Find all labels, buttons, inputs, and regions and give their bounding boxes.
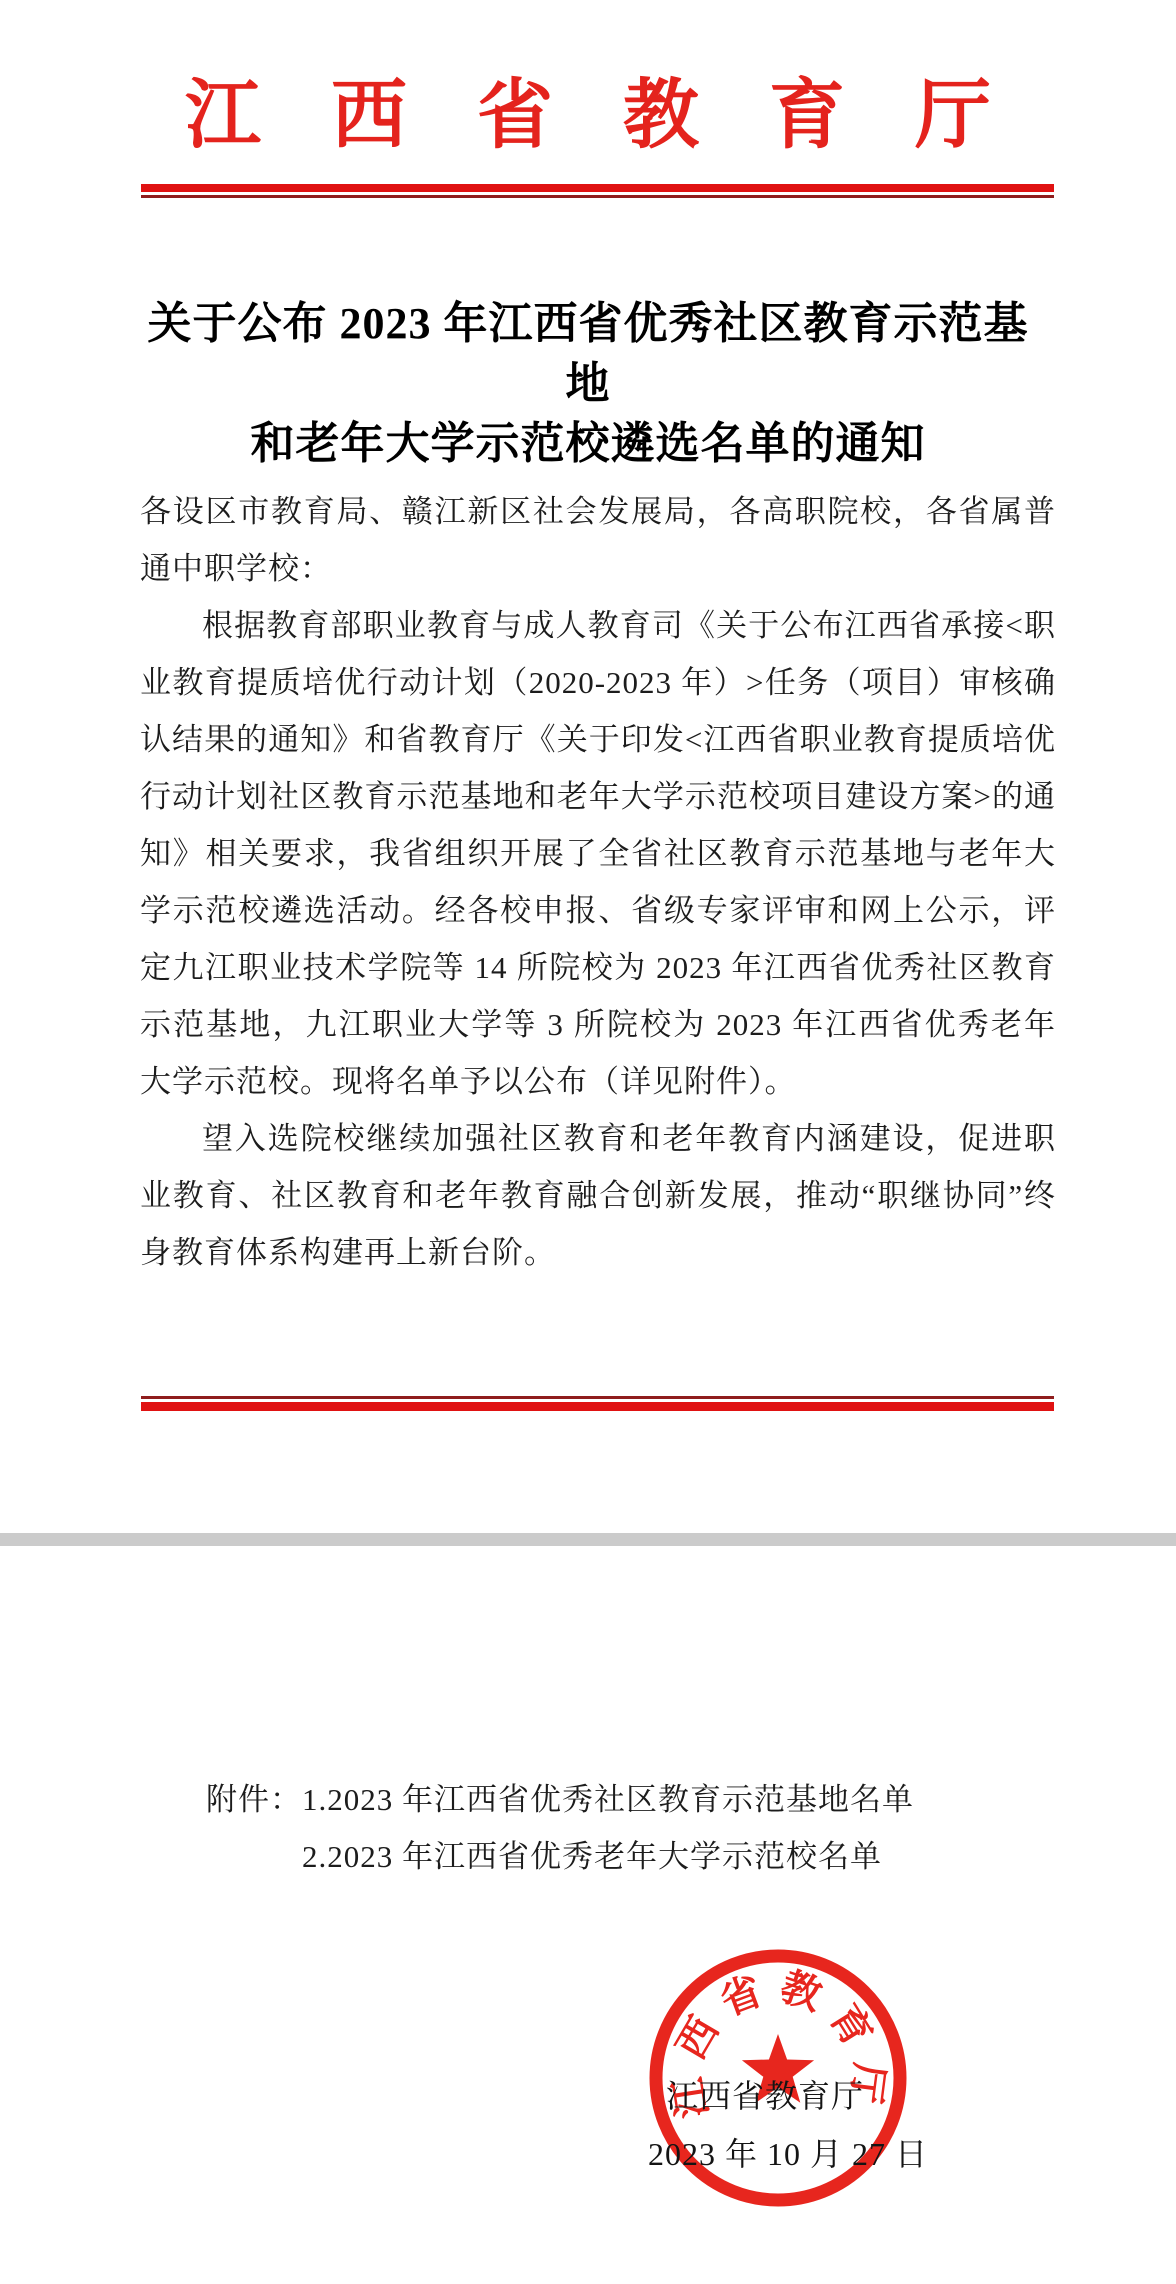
document-title-line1: 关于公布 2023 年江西省优秀社区教育示范基地 <box>130 294 1046 414</box>
document-body: 各设区市教育局、赣江新区社会发展局，各高职院校，各省属普通中职学校： 根据教育部… <box>140 483 1056 1281</box>
signer-name: 江西省教育厅 <box>666 2071 864 2117</box>
salutation: 各设区市教育局、赣江新区社会发展局，各高职院校，各省属普通中职学校： <box>140 483 1056 597</box>
attachment-1-text: 1.2023 年江西省优秀社区教育示范基地名单 <box>302 1782 914 1817</box>
sign-date: 2023 年 10 月 27 日 <box>648 2129 928 2175</box>
page-separator <box>0 1533 1176 1546</box>
official-document-page: 江西省教育厅 关于公布 2023 年江西省优秀社区教育示范基地 和老年大学示范校… <box>0 0 1176 2284</box>
document-title: 关于公布 2023 年江西省优秀社区教育示范基地 和老年大学示范校遴选名单的通知 <box>130 294 1046 474</box>
letterhead-title: 江西省教育厅 <box>0 74 1176 158</box>
attachments-block: 附件：1.2023 年江西省优秀社区教育示范基地名单 2.2023 年江西省优秀… <box>206 1771 914 1885</box>
paragraph-2: 望入选院校继续加强社区教育和老年教育内涵建设，促进职业教育、社区教育和老年教育融… <box>140 1110 1056 1281</box>
document-title-line2: 和老年大学示范校遴选名单的通知 <box>130 414 1046 474</box>
attachment-item-2: 2.2023 年江西省优秀老年大学示范校名单 <box>302 1828 914 1885</box>
paragraph-1: 根据教育部职业教育与成人教育司《关于公布江西省承接<职业教育提质培优行动计划（2… <box>140 597 1056 1110</box>
letterhead-rule-thin <box>141 195 1054 198</box>
attachment-item-1: 附件：1.2023 年江西省优秀社区教育示范基地名单 <box>206 1771 914 1828</box>
footer-rule-thick <box>141 1402 1054 1411</box>
letterhead-rule-thick <box>141 184 1054 192</box>
attachments-label: 附件： <box>206 1782 302 1817</box>
footer-rule-thin <box>141 1396 1054 1399</box>
